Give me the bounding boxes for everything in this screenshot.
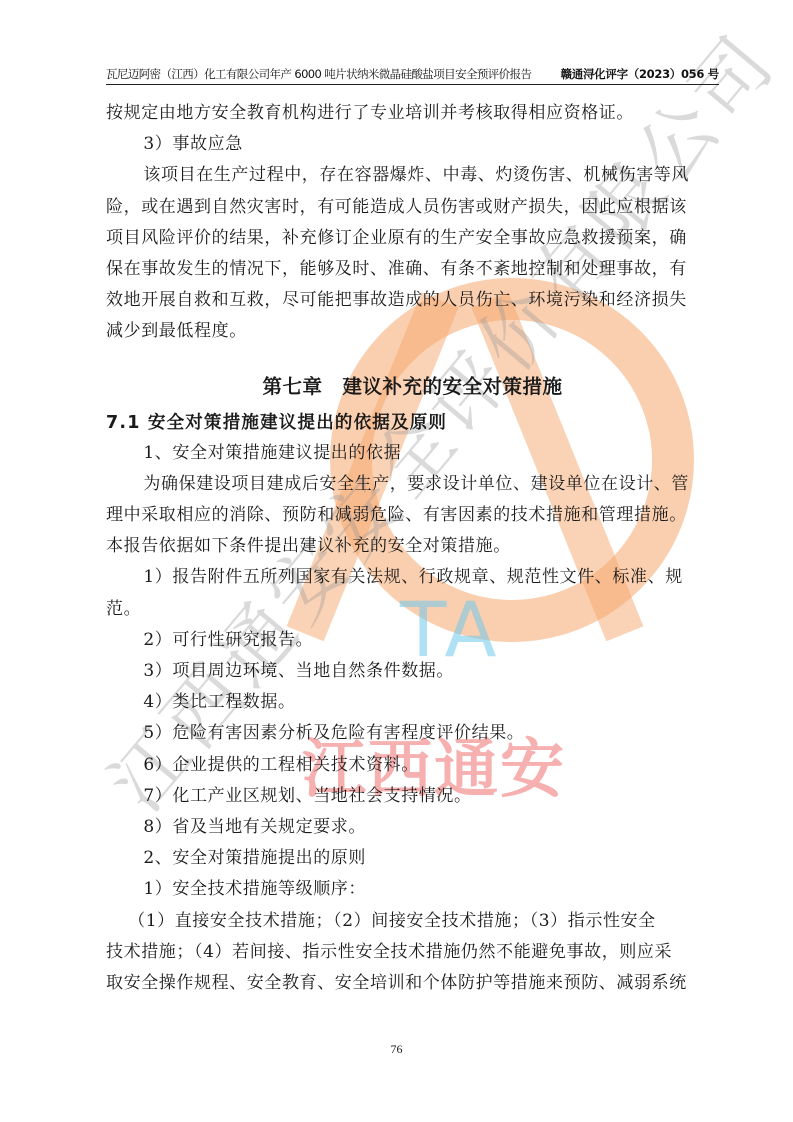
chapter-title: 第七章 建议补充的安全对策措施	[106, 372, 719, 402]
paragraph-line: 取安全操作规程、安全教育、安全培训和个体防护等措施来预防、减弱系统	[106, 968, 719, 999]
basis-list: 1）报告附件五所列国家有关法规、行政规章、规范性文件、标准、规 范。 2）可行性…	[106, 562, 719, 843]
paragraph-line: 险，或在遇到自然灾害时，有可能造成人员伤害或财产损失，因此应根据该	[106, 192, 719, 223]
paragraph-line: 效地开展自救和互救，尽可能把事故造成的人员伤亡、环境污染和经济损失	[106, 285, 719, 316]
paragraph-line: 保在事故发生的情况下，能够及时、准确、有条不紊地控制和处理事故，有	[106, 254, 719, 285]
paragraph-line: 减少到最低程度。	[106, 316, 719, 347]
paragraph-emergency: 该项目在生产过程中，存在容器爆炸、中毒、灼烫伤害、机械伤害等风 险，或在遇到自然…	[106, 160, 719, 347]
list-item: 6）企业提供的工程相关技术资料。	[106, 750, 719, 781]
list-item-continuation: 范。	[106, 594, 719, 625]
page-body: 按规定由地方安全教育机构进行了专业培训并考核取得相应资格证。 3）事故应急 该项…	[106, 98, 719, 999]
list-item: 2）可行性研究报告。	[106, 625, 719, 656]
list-item: 5）危险有害因素分析及危险有害程度评价结果。	[106, 718, 719, 749]
paragraph-line: 本报告依据如下条件提出建议补充的安全对策措施。	[106, 531, 719, 562]
list-item: 4）类比工程数据。	[106, 687, 719, 718]
section-title: 7.1 安全对策措施建议提出的依据及原则	[106, 408, 719, 438]
paragraph-line: 技术措施；（4）若间接、指示性安全技术措施仍然不能避免事故，则应采	[106, 937, 719, 968]
heading-accident-emergency: 3）事故应急	[106, 129, 719, 160]
paragraph-line: 该项目在生产过程中，存在容器爆炸、中毒、灼烫伤害、机械伤害等风	[106, 160, 719, 191]
paragraph-line: （1）直接安全技术措施；（2）间接安全技术措施；（3）指示性安全	[106, 906, 719, 937]
paragraph-measure-order: （1）直接安全技术措施；（2）间接安全技术措施；（3）指示性安全 技术措施；（4…	[106, 906, 719, 1000]
paragraph-basis-intro: 为确保建设项目建成后安全生产，要求设计单位、建设单位在设计、管 理中采取相应的消…	[106, 469, 719, 563]
subheading-basis: 1、安全对策措施建议提出的依据	[106, 438, 719, 469]
paragraph-line: 项目风险评价的结果，补充修订企业原有的生产安全事故应急救援预案，确	[106, 223, 719, 254]
subheading-principles: 2、安全对策措施提出的原则	[106, 843, 719, 874]
paragraph-line: 为确保建设项目建成后安全生产，要求设计单位、建设单位在设计、管	[106, 469, 719, 500]
header-document-number: 赣通浔化评字（2023）056 号	[561, 66, 719, 84]
list-item: 7）化工产业区规划、当地社会支持情况。	[106, 781, 719, 812]
header-report-title: 瓦尼迈阿密（江西）化工有限公司年产 6000 吨片状纳米微晶硅酸盐项目安全预评价…	[106, 66, 531, 84]
list-item: 3）项目周边环境、当地自然条件数据。	[106, 656, 719, 687]
running-header: 瓦尼迈阿密（江西）化工有限公司年产 6000 吨片状纳米微晶硅酸盐项目安全预评价…	[106, 66, 719, 85]
paragraph-line: 理中采取相应的消除、预防和减弱危险、有害因素的技术措施和管理措施。	[106, 500, 719, 531]
list-item: 1）报告附件五所列国家有关法规、行政规章、规范性文件、标准、规	[106, 562, 719, 593]
list-item: 8）省及当地有关规定要求。	[106, 812, 719, 843]
principle-item-1: 1）安全技术措施等级顺序：	[106, 874, 719, 905]
paragraph-training: 按规定由地方安全教育机构进行了专业培训并考核取得相应资格证。	[106, 98, 719, 129]
page-number: 76	[0, 1042, 793, 1057]
